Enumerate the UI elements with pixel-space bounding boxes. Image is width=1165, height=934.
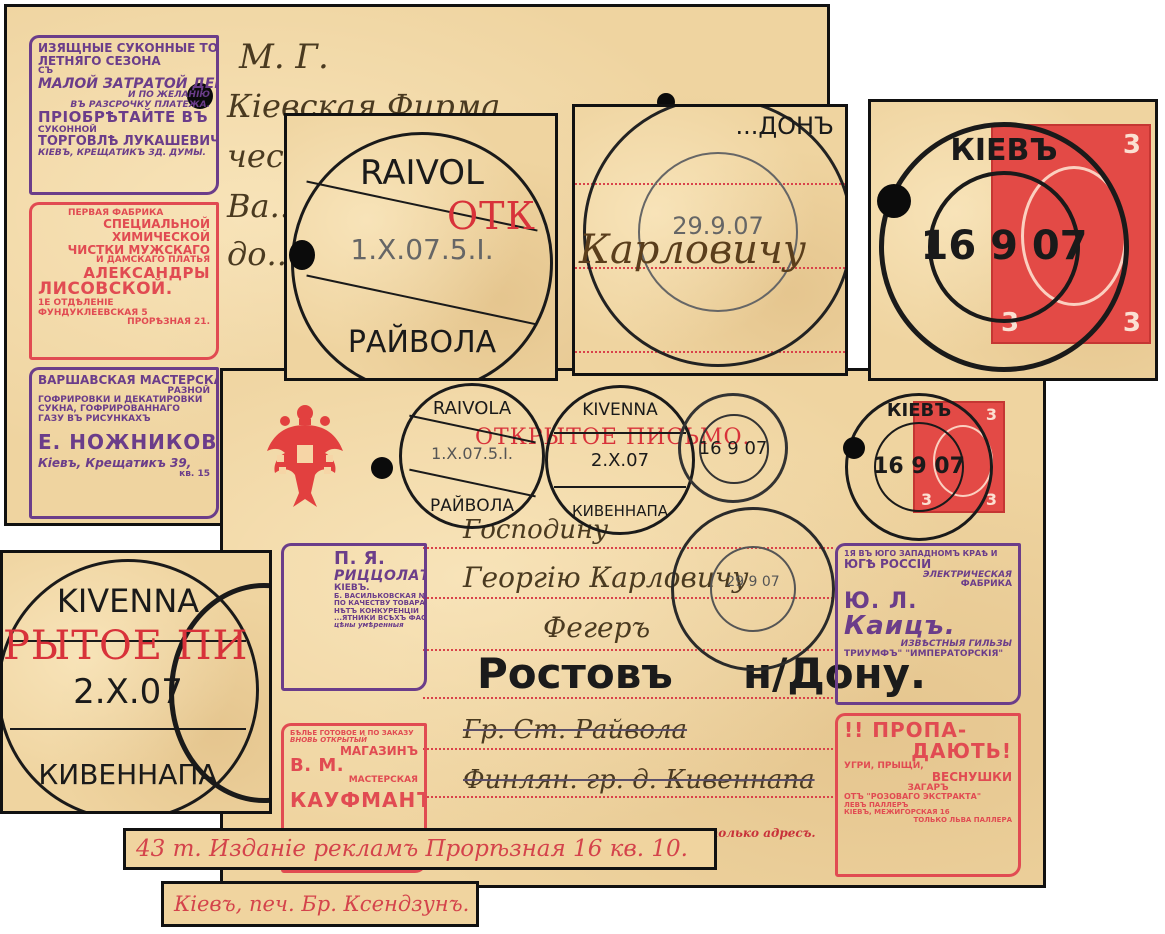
postmark-date: 29 9 07 — [674, 574, 832, 590]
ad-kaits: 1я въ Юго Западномъ Краѣ и Югѣ Россiи Эл… — [835, 543, 1021, 705]
ad-line: В. М. — [290, 757, 418, 776]
ad-nozhnikov: Варшавская мастерская разной гофрировки … — [29, 367, 219, 519]
postmark-top: КIЕВЪ — [848, 400, 990, 421]
postmark-kiev-transit: 16 9 07 — [678, 393, 788, 503]
punch-hole — [371, 457, 393, 479]
postmark-date: 16 9 07 — [681, 438, 785, 459]
ad-line: газу въ рисункахъ — [38, 415, 210, 424]
postmark-date: 16 9 07 — [848, 454, 990, 479]
handwriting-fragment: Карловичу — [579, 227, 806, 273]
ad-line: химической — [38, 231, 210, 244]
ad-line: малой затратой денегъ — [38, 77, 210, 92]
address-surname: Фегеръ — [543, 611, 650, 644]
inset-kivennapa: KIVENNA 2.X.07 КИВЕННАПА РЫТОЕ ПИ — [0, 550, 272, 814]
address-line — [423, 796, 833, 798]
postmark-kivennapa: KIVENNA 2.X.07 КИВЕННАПА — [545, 385, 695, 535]
ad-pallera: !! Пропа- дають! угри, прыщи, веснушки з… — [835, 713, 1021, 877]
postmark-rostov: 29 9 07 — [671, 507, 835, 671]
title-fragment: РЫТОЕ ПИ — [3, 623, 248, 669]
ad-line: Прiобрѣтайте въ — [38, 110, 210, 126]
ad-line: Варшавская мастерская — [38, 374, 210, 387]
postmark-top: KIVENNA — [548, 400, 692, 420]
ad-rizzolatti: П. Я. Риццолатти Кiевъ. Б. Васильковская… — [281, 543, 427, 691]
ad-line: мастерская — [290, 776, 418, 785]
punch-hole — [877, 184, 911, 218]
ad-line: Прорѣзная 21. — [38, 318, 210, 327]
ad-line: Лисовской. — [38, 281, 210, 299]
postmark-date: 2.X.07 — [548, 450, 692, 471]
address-line — [423, 748, 833, 750]
struck-address-2: Финлян. гр. д. Кивеннапа — [463, 765, 815, 795]
ad-lisovskaya: Первая фабрика специальной химической чи… — [29, 202, 219, 360]
message-greeting: М. Г. — [239, 37, 329, 77]
postmark-kiev: КIЕВЪ 16 9 07 — [845, 393, 993, 541]
ad-line: П. Я. — [334, 550, 418, 569]
postmark-top: RAIVOLA — [402, 398, 542, 419]
punch-hole — [843, 437, 865, 459]
inset-kiev: 3 3 3 КIЕВЪ 16 9 07 — [868, 99, 1158, 381]
postmark-bottom: РАЙВОЛА — [402, 496, 542, 516]
postmark-date: 16 9 07 — [884, 223, 1124, 269]
title-fragment: ОТК — [447, 194, 536, 238]
postmark-raivola: RAIVOLA 1.X.07.5.I. РАЙВОЛА — [399, 383, 545, 529]
postmark-bottom: КИВЕННАПА — [548, 502, 692, 520]
stamp-value: 3 — [1123, 308, 1141, 338]
ad-line: Каицъ. — [844, 611, 956, 641]
ad-line: летняго сезона — [38, 55, 210, 68]
ad-line: цѣны умѣренныя — [334, 622, 418, 629]
imperial-eagle-icon — [255, 399, 355, 522]
ad-line: Риццолатти — [334, 569, 418, 584]
stamp-value: 3 — [1123, 130, 1141, 160]
ad-line: Кiевъ, Крещатикъ зд. Думы. — [38, 149, 210, 158]
postmark-top: ...ДОНЪ — [586, 112, 848, 140]
imprint-caption-printer: Кiевъ, печ. Бр. Ксендзунъ. — [161, 881, 479, 927]
postmark-kiev-enlarged: КIЕВЪ 16 9 07 — [879, 122, 1129, 372]
postmark-bottom: РАЙВОЛА — [294, 325, 550, 360]
address-city: Ростовъ — [477, 649, 673, 698]
ad-line: торговлѣ Лукашевича. — [38, 135, 210, 149]
ad-line: Триумфъ" "Императорскiя" — [844, 650, 1012, 659]
ad-line: только Льва Паллера — [844, 817, 1012, 824]
imprint-caption-publisher: 43 т. Изданiе рекламъ Прорѣзная 16 кв. 1… — [123, 828, 717, 870]
ad-line: кв. 15 — [38, 470, 210, 479]
struck-address-1: Гр. Ст. Райвола — [463, 715, 687, 745]
ad-line: Ю. Л. — [844, 590, 917, 613]
inset-rostov: ...ДОНЪ 29.9.07 Карловичу — [572, 104, 848, 376]
postmark-date: 1.X.07.5.I. — [402, 444, 542, 463]
ad-line: Кауфманъ — [290, 790, 418, 811]
ad-line: дають! — [844, 741, 1012, 762]
ad-line: Изящные суконные товары — [38, 42, 210, 55]
postcard-front: ОТКРЫТОЕ ПИСЬМО. 3 3 3 Господину Георгiю… — [220, 368, 1046, 888]
punch-hole — [289, 240, 315, 270]
ad-line: !! Пропа- — [844, 720, 1012, 741]
inset-raivola: RAIVOL 1.X.07.5.I. РАЙВОЛА ОТК — [284, 113, 558, 381]
postmark-top: КIЕВЪ — [884, 133, 1124, 168]
postmark-raivola-enlarged: RAIVOL 1.X.07.5.I. РАЙВОЛА — [291, 132, 553, 381]
ad-lukashevich: Изящные суконные товары летняго сезона с… — [29, 35, 219, 195]
ad-line: Е. Ножниковъ. — [38, 432, 210, 453]
